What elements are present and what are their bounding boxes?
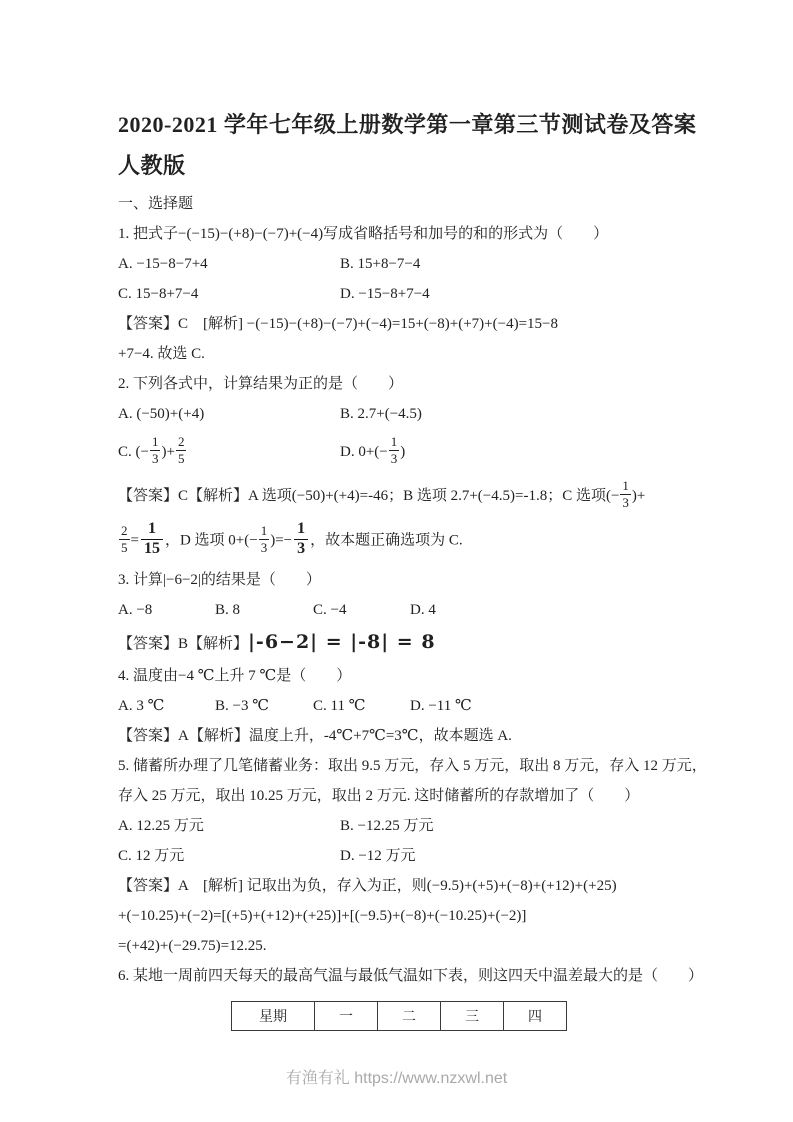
question-1-text: 1. 把式子−(−15)−(+8)−(−7)+(−4)写成省略括号和加号的和的形… — [118, 219, 696, 249]
answer-2-text-5: ，故本题正确选项为 C. — [310, 533, 463, 549]
option-c-middle: )+ — [161, 444, 174, 460]
section-heading: 一、选择题 — [118, 190, 696, 219]
fraction: 13 — [150, 435, 161, 465]
answer-1-line-2: +7−4. 故选 C. — [118, 339, 696, 369]
question-1-option-b: B. 15+8−7−4 — [340, 249, 696, 279]
question-3-option-a: A. −8 — [118, 595, 215, 625]
equals-sign: = — [131, 533, 139, 549]
question-5-text-line-2: 存入 25 万元，取出 10.25 万元，取出 2 万元. 这时储蓄所的存款增加… — [118, 781, 696, 811]
question-1-option-c: C. 15−8+7−4 — [118, 279, 340, 309]
answer-5-line-3: =(+42)+(−29.75)=12.25. — [118, 931, 696, 961]
question-5-options-row-1: A. 12.25 万元 B. −12.25 万元 — [118, 811, 696, 841]
option-c-prefix: C. (− — [118, 444, 149, 460]
answer-2-text-3: ，D 选项 0+(− — [165, 533, 258, 549]
option-d-prefix: D. 0+(− — [340, 444, 388, 460]
question-2-option-a: A. (−50)+(+4) — [118, 399, 340, 429]
fraction-bold: 115 — [141, 521, 163, 558]
watermark-footer: 有渔有礼 https://www.nzxwl.net — [0, 1065, 793, 1088]
answer-1-line-1: 【答案】C [解析] −(−15)−(+8)−(−7)+(−4)=15+(−8)… — [118, 309, 696, 339]
answer-2-text-1: 【答案】C【解析】A 选项(−50)+(+4)=-46；B 选项 2.7+(−4… — [118, 488, 619, 504]
answer-3-formula: |-6−2| = |-8| = 8 — [248, 631, 436, 653]
table-cell-weekday: 星期 — [232, 1001, 315, 1030]
question-4-option-b: B. −3 ℃ — [215, 691, 313, 721]
answer-5-line-1: 【答案】A [解析] 记取出为负，存入为正，则(−9.5)+(+5)+(−8)+… — [118, 871, 696, 901]
question-4-text: 4. 温度由−4 ℃上升 7 ℃是（ ） — [118, 661, 696, 691]
question-4-option-c: C. 11 ℃ — [313, 691, 410, 721]
question-1-option-d: D. −15−8+7−4 — [340, 279, 696, 309]
document-page: 2020-2021 学年七年级上册数学第一章第三节测试卷及答案 人教版 一、选择… — [118, 104, 696, 1031]
title-line-1: 2020-2021 学年七年级上册数学第一章第三节测试卷及答案 — [118, 104, 696, 145]
question-5-option-c: C. 12 万元 — [118, 841, 340, 871]
option-d-suffix: ) — [400, 444, 405, 460]
question-4-option-d: D. −11 ℃ — [410, 691, 696, 721]
question-5-option-a: A. 12.25 万元 — [118, 811, 340, 841]
question-1-option-a: A. −15−8−7+4 — [118, 249, 340, 279]
answer-2-text-2: )+ — [632, 488, 645, 504]
question-4-option-a: A. 3 ℃ — [118, 691, 215, 721]
question-1-options-row-2: C. 15−8+7−4 D. −15−8+7−4 — [118, 279, 696, 309]
temperature-table: 星期 一 二 三 四 — [231, 1001, 567, 1031]
document-title: 2020-2021 学年七年级上册数学第一章第三节测试卷及答案 人教版 — [118, 104, 696, 186]
table-cell-wed: 三 — [441, 1001, 504, 1030]
table-header-row: 星期 一 二 三 四 — [232, 1001, 567, 1030]
question-2-options-row-1: A. (−50)+(+4) B. 2.7+(−4.5) — [118, 399, 696, 429]
answer-2-line-1: 【答案】C【解析】A 选项(−50)+(+4)=-46；B 选项 2.7+(−4… — [118, 474, 696, 518]
question-2-option-b: B. 2.7+(−4.5) — [340, 399, 696, 429]
question-3-option-c: C. −4 — [313, 595, 410, 625]
question-5-option-d: D. −12 万元 — [340, 841, 696, 871]
title-line-2: 人教版 — [118, 145, 696, 186]
answer-3-line: 【答案】B【解析】|-6−2| = |-8| = 8 — [118, 625, 696, 661]
question-3-option-d: D. 4 — [410, 595, 696, 625]
fraction-bold: 13 — [294, 521, 308, 558]
question-2-option-d: D. 0+(−13) — [340, 436, 696, 468]
question-5-text-line-1: 5. 储蓄所办理了几笔储蓄业务：取出 9.5 万元，存入 5 万元，取出 8 万… — [118, 751, 696, 781]
question-2-options-row-2: C. (−13)+25 D. 0+(−13) — [118, 429, 696, 474]
fraction: 13 — [389, 435, 400, 465]
table-cell-thu: 四 — [504, 1001, 567, 1030]
question-2-text: 2. 下列各式中，计算结果为正的是（ ） — [118, 369, 696, 399]
answer-2-line-2: 25=115，D 选项 0+(−13)=−13，故本题正确选项为 C. — [118, 518, 696, 565]
answer-5-line-2: +(−10.25)+(−2)=[(+5)+(+12)+(+25)]+[(−9.5… — [118, 901, 696, 931]
fraction: 25 — [176, 435, 187, 465]
fraction: 25 — [119, 524, 130, 554]
fraction: 13 — [620, 479, 631, 509]
question-1-options-row-1: A. −15−8−7+4 B. 15+8−7−4 — [118, 249, 696, 279]
question-3-options-row: A. −8 B. 8 C. −4 D. 4 — [118, 595, 696, 625]
question-5-options-row-2: C. 12 万元 D. −12 万元 — [118, 841, 696, 871]
answer-3-label: 【答案】B【解析】 — [118, 636, 248, 652]
question-4-options-row: A. 3 ℃ B. −3 ℃ C. 11 ℃ D. −11 ℃ — [118, 691, 696, 721]
question-2-option-c: C. (−13)+25 — [118, 436, 340, 468]
question-5-option-b: B. −12.25 万元 — [340, 811, 696, 841]
table-cell-tue: 二 — [378, 1001, 441, 1030]
answer-2-text-4: )=− — [270, 533, 292, 549]
question-3-text: 3. 计算|−6−2|的结果是（ ） — [118, 565, 696, 595]
fraction: 13 — [259, 524, 270, 554]
question-6-text: 6. 某地一周前四天每天的最高气温与最低气温如下表，则这四天中温差最大的是（ ） — [118, 961, 696, 991]
table-cell-mon: 一 — [315, 1001, 378, 1030]
answer-4-line: 【答案】A【解析】温度上升，-4℃+7℃=3℃，故本题选 A. — [118, 721, 696, 751]
question-3-option-b: B. 8 — [215, 595, 313, 625]
